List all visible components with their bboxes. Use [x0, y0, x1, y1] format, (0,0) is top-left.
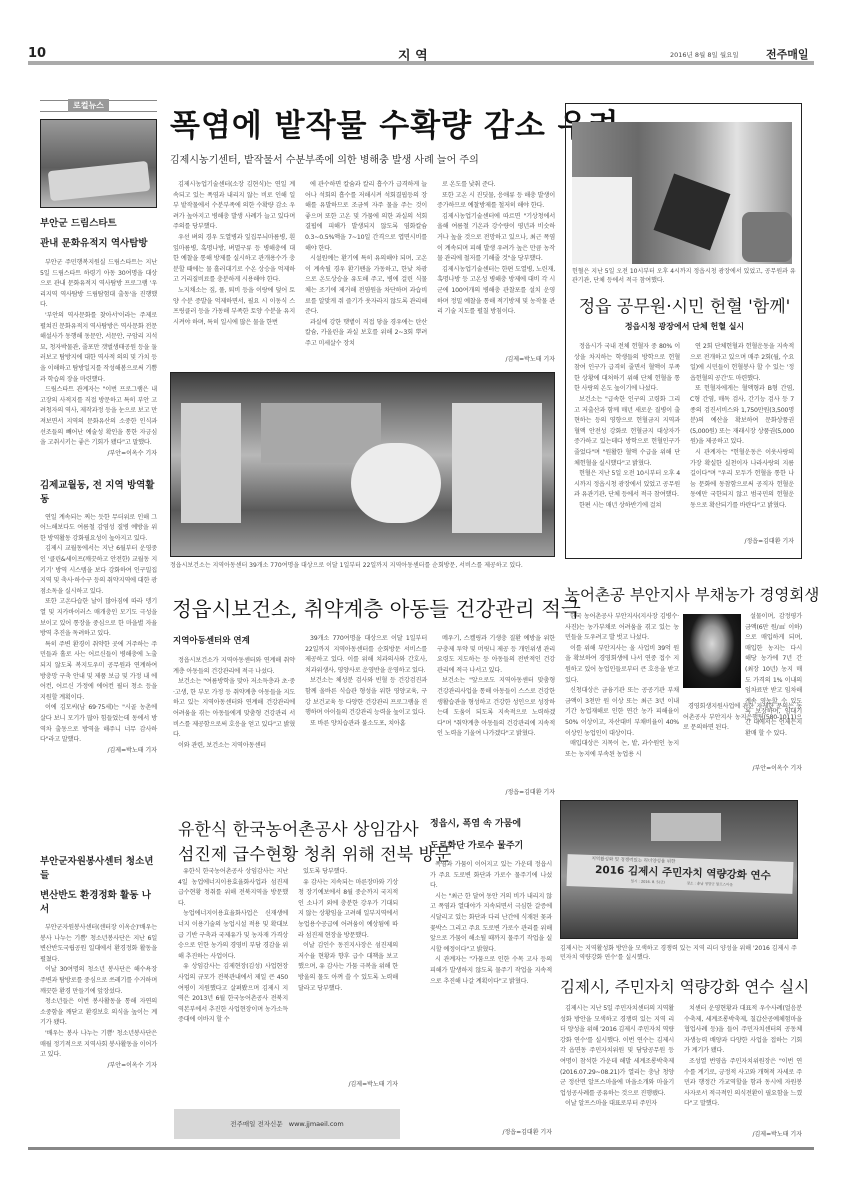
story3-body: 부안군자원봉사센터(센터장 이옥순)'배우는 봉사 나누는 기쁨' 청소년봉사단…	[40, 923, 157, 1061]
masthead: 전주매일	[766, 46, 809, 62]
lead-col-2: 에 관수하면 칼슘과 칼리 흡수가 급격하게 늘어나 석회의 흡수를 저해시켜 …	[305, 180, 427, 350]
blood-photo-caption: 헌혈은 지난 5일 오전 10시부터 오후 4시까지 정읍시청 광장에서 있었고…	[572, 267, 797, 285]
story3-subhead: 변산반도 환경정화 활동 나서	[40, 889, 157, 917]
dreamstart-photo	[40, 119, 157, 208]
branch-manager-portrait	[683, 614, 741, 688]
training-banner: 지역활성화 및 경쟁력있는 리더양성을 위한 2016 김제시 주민자치 역량강…	[567, 854, 794, 894]
story2-headline: 김제교월동, 전 지역 방역활동	[40, 479, 157, 507]
blood-headline: 정읍 공무원·시민 헌혈 '함께'	[566, 292, 803, 317]
health-col-2: 39개소 770여명을 대상으로 이달 1일부터 22일까지 지역아동센터를 순…	[305, 634, 427, 729]
e-paper-ad-text[interactable]: 전주매일 전자신문 www.jjmaeil.com	[174, 1119, 400, 1128]
street-headline-line1: 정읍시, 폭염 속 가뭄에	[430, 816, 521, 829]
blood-donation-box: 헌혈은 지난 5일 오전 10시부터 오후 4시까지 정읍시청 광장에서 있었고…	[565, 103, 802, 559]
blood-subhead: 정읍시청 광장에서 단체 헌혈 실시	[566, 321, 803, 332]
street-byline: /정읍=김대환 기자	[430, 1128, 552, 1138]
lead-headline: 폭염에 밭작물 수확량 감소 우려	[170, 100, 619, 145]
health-subhead: 지역아동센터와 연계	[173, 634, 250, 646]
footer-rule	[28, 1147, 814, 1150]
page-number: 10	[28, 46, 46, 61]
training-col-2: 치센터 운영현황과 대표적 우수사례(얼음분수축제, 세계조롱박축제, 칠갑산공…	[684, 1004, 802, 1110]
lead-col-1: 김제시농업기술센터(소장 김현식)는 연일 계속되고 있는 폭염과 내리지 않는…	[173, 180, 295, 328]
audit-headline-line2: 섬진제 급수현황 청취 위해 전북 방문	[178, 840, 451, 865]
header-rule	[28, 61, 814, 65]
dental-bus-photo	[170, 372, 555, 557]
farm-col-1: 한국 농어촌공사 부안지사(지사장 김병수·사진)는 농가부채로 어려움을 겪고…	[565, 612, 679, 760]
health-headline: 정읍시보건소, 취약계층 아동들 건강관리 적극	[172, 592, 581, 622]
local-news-badge: 로컬뉴스	[40, 100, 157, 112]
farm-col-2-cont: 경영회생지원사업에 관한 자세한 문의는 농어촌공사 부안지사 농지은행팀(58…	[683, 702, 802, 734]
blood-col-2: 연 2회 단체헌혈과 헌혈운동을 지속적으로 전개하고 있으며 매주 2회(월,…	[690, 342, 794, 512]
blood-byline: /정읍=김대환 기자	[690, 537, 794, 547]
story3-headline: 부안군자원봉사센터 청소년들	[40, 855, 157, 883]
farm-headline: 농어촌공 부안지사 부채농가 경영회생	[565, 583, 819, 605]
training-group-photo: 지역활성화 및 경쟁력있는 리더양성을 위한 2016 김제시 주민자치 역량강…	[560, 800, 798, 939]
story1-subhead: 관내 문화유적지 역사탐방	[40, 237, 157, 251]
sidebar-story3: 부안군자원봉사센터 청소년들 변산반도 환경정화 활동 나서 부안군자원봉사센터…	[40, 855, 157, 1071]
health-col-3: 메우기, 스켈링과 기생충 질환 예방을 위한 구충제 투약 및 머릿니 제공 …	[437, 634, 555, 740]
training-byline: /김제=박노태 기자	[684, 1130, 802, 1140]
blood-col-1: 정읍시가 국내 전체 헌혈자 중 80% 이상을 차지하는 학생들의 방학으로 …	[574, 342, 680, 512]
training-headline: 김제시, 주민자치 역량강화 연수 실시	[560, 975, 809, 997]
issue-date: 2016년 8월 8일 월요일	[670, 50, 739, 59]
story2-body: 연일 계속되는 찌는 듯한 무더위로 인해 그 어느해보다도 여름철 감염성 질…	[40, 513, 157, 746]
lead-col-3: 로 온도를 낮춰 준다. 또한 고온 시 진딧물, 응애류 등 해충 발생이 증…	[437, 180, 555, 318]
lead-deck: 김제시농기센터, 밭작물서 수분부족에 의한 병해충 발생 사례 늘어 주의	[170, 151, 479, 166]
audit-col-1: 유한식 한국농어촌공사 상임감사는 지난 4일 농업에너지이용효율화사업과 섬진…	[178, 867, 288, 1026]
training-col-1: 김제시는 지난 5일 주민자치센터의 지역활성화 방안을 모색하고 경쟁력 있는…	[560, 1004, 674, 1110]
story1-headline: 부안군 드림스타트	[40, 217, 157, 231]
farm-byline: /부안=이옥수 기자	[683, 764, 802, 774]
blood-donation-photo	[572, 122, 792, 264]
health-photo-caption: 정읍시보건소는 지역아동센터 39개소 770여명을 대상으로 이달 1일부터 …	[170, 561, 555, 570]
story2-byline: /김제=박노태 기자	[40, 746, 157, 756]
sidebar: 로컬뉴스 부안군 드림스타트 관내 문화유적지 역사탐방 부안군 주민행복지원실…	[40, 100, 157, 756]
story3-byline: /부안=이옥수 기자	[40, 1061, 157, 1071]
street-headline-line2: 도로화단 가로수 물주기	[430, 838, 523, 851]
story1-byline: /부안=이옥수 기자	[40, 449, 157, 459]
audit-col-2: 있도록 당부했다. 유 감사는 지속되는 마른장마와 기상청 장기예보에서 8월…	[298, 867, 398, 994]
audit-byline: /김제=박노태 기자	[298, 1080, 398, 1090]
street-body: 폭염과 가뭄이 이어지고 있는 가운데 정읍시가 주요 도로변 화단과 가로수 …	[430, 860, 552, 987]
health-col-1: 정읍시보건소가 지역아동센터와 연계해 취약계층 아동들의 건강관리에 적극 나…	[173, 656, 295, 751]
e-paper-ad[interactable]: 전주매일 전자신문 www.jjmaeil.com	[174, 1109, 400, 1139]
story1-body: 부안군 주민행복지원실 드림스타트는 지난 5일 드림스타트 하령기 아동 30…	[40, 258, 157, 449]
health-byline: /정읍=김대환 기자	[437, 788, 555, 798]
audit-headline-line1: 유한식 한국농어촌공사 상임감사	[178, 815, 419, 840]
training-photo-caption: 김제시는 지역활성화 방안을 모색하고 경쟁력 있는 지역 리더 양성을 위해 …	[560, 944, 802, 962]
lead-byline: /김제=박노태 기자	[437, 355, 555, 365]
